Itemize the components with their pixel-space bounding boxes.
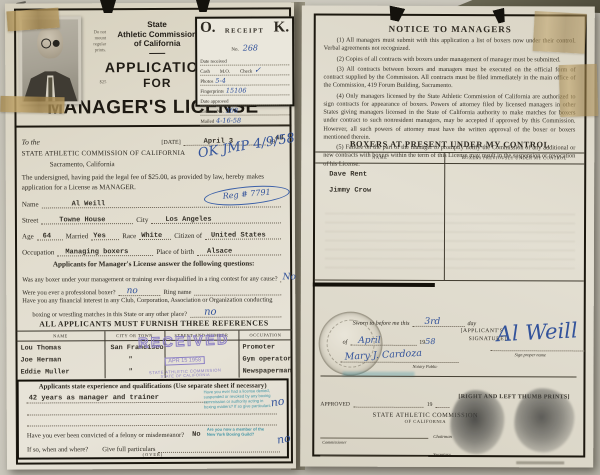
age-value: 64 <box>43 232 51 240</box>
notice-page: NOTICE TO MANAGERS (1) All managers must… <box>300 5 595 467</box>
boxer-row: Jimmy Crow <box>329 187 371 195</box>
tape-strip <box>0 96 64 113</box>
header-dash <box>149 53 165 54</box>
received-stamp-word: RECEIVED <box>128 331 241 351</box>
questions-heading: Applicants for Manager's License answer … <box>16 259 291 268</box>
receipt-field-label: Check <box>240 70 252 75</box>
form-number-smudge <box>516 461 564 464</box>
street-label: Street <box>22 216 38 224</box>
city-value: Los Angeles <box>165 216 211 224</box>
boxers-table: Name Boxers Previously Under My Control … <box>315 152 584 282</box>
approved-label: Approved <box>320 402 350 408</box>
ref-row-occupation: Promoter <box>242 343 275 351</box>
received-stamp: RECEIVED APR 15 1958 STATE ATHLETIC COMM… <box>128 331 242 380</box>
birth-value: Alsace <box>207 248 232 256</box>
sworn-line2: of April 19 58 <box>343 333 463 346</box>
age-row: Age 64 Married Yes Race White Citizen of… <box>22 226 284 240</box>
scanned-document: State Athletic Commission of California … <box>0 0 600 475</box>
felony-question-row: Have you ever been convicted of a felony… <box>27 427 227 440</box>
thick-rule <box>313 283 435 287</box>
notary-label: Notary Public <box>413 364 438 369</box>
married-label: Married <box>66 232 89 240</box>
notice-paragraph: (3) All contracts between boxers and man… <box>324 65 576 91</box>
receipt-field-label: Mailed <box>200 120 214 125</box>
boxers-heading: BOXERS AT PRESENT UNDER MY CONTROL <box>313 140 586 150</box>
receipt-no-label: No. <box>231 48 238 53</box>
married-value: Yes <box>93 232 106 240</box>
receipt-o: O. <box>200 20 215 37</box>
boxers-col1-header: Name <box>315 155 444 160</box>
receipt-check-mark: ✓ <box>254 66 261 75</box>
tape-strip <box>559 64 599 117</box>
sworn-day: 3rd <box>424 317 440 327</box>
receipt-field-label: License No. <box>200 110 223 115</box>
received-stamp-date: APR 15 1958 <box>164 356 205 366</box>
notice-paragraph: (4) Only managers licensed by the State … <box>323 92 575 142</box>
tape-strip <box>6 8 59 32</box>
references-heading: ALL APPLICANTS MUST FURNISH THREE REFERE… <box>16 318 291 328</box>
street-value: Towne House <box>59 216 105 224</box>
sign-proper-name-hint: Sign proper name <box>515 352 546 357</box>
receipt-field-label: Date approved <box>200 100 228 105</box>
chairman-label: Chairman <box>433 434 452 439</box>
question-1-text: Was any boxer under your management or t… <box>22 275 277 283</box>
question-2-text: Were you ever a professional boxer? <box>22 289 115 296</box>
ref-row-occupation: Gym operator <box>243 355 292 363</box>
receipt-field-label: Fingerprints <box>200 90 223 95</box>
sworn-month: April <box>358 336 380 346</box>
notice-paragraph: (2) Copies of all contracts with boxers … <box>324 55 576 64</box>
to-the-label: To the <box>22 137 40 146</box>
guild-stamp: Are you now a member of the New York Box… <box>207 427 273 437</box>
ring-name-label: Ring name <box>164 289 192 296</box>
sworn-day-label: day <box>467 321 476 327</box>
citizen-label: Citizen of <box>174 232 202 240</box>
portrait-image <box>22 19 78 101</box>
addressee-line1: State Athletic Commission of California <box>22 150 186 158</box>
photo-fee-note: $25 <box>84 79 106 85</box>
ref-row-name: Eddie Muller <box>21 368 70 376</box>
secretary-label: Secretary <box>433 452 450 457</box>
question-3-line2: boxing or wrestling matches in this Stat… <box>32 305 284 318</box>
age-label: Age <box>22 233 34 241</box>
date-label: [Date] <box>161 140 180 146</box>
birth-label: Place of birth <box>156 248 194 256</box>
application-page: State Athletic Commission of California … <box>5 2 296 469</box>
name-value: Al Weill <box>72 200 106 208</box>
receipt-field-label: M.O. <box>220 70 230 75</box>
approved-year-prefix: 19 <box>427 402 433 408</box>
receipt-field-value: 15106 <box>226 87 247 95</box>
sworn-year: 58 <box>425 337 435 346</box>
sworn-line1: Sworn to before me this 3rd day <box>353 314 513 328</box>
glasses-icon <box>41 38 51 48</box>
boxer-row: Dave Rent <box>329 171 367 179</box>
receipt-box: O. RECEIPT No. 268 K. Date received Cash… <box>195 16 294 106</box>
ref-row-name: Joe Herman <box>21 356 62 364</box>
felony-question: Have you ever been convicted of a felony… <box>27 432 184 440</box>
receipt-field-value: 368 <box>226 107 238 115</box>
ref-header-occupation: Occupation <box>238 332 292 337</box>
street-city-row: Street Towne House City Los Angeles <box>22 210 284 224</box>
question-3-text: boxing or wrestling matches in this Stat… <box>32 311 187 319</box>
ref-row-name: Lou Thomas <box>20 344 61 352</box>
question-2: Were you ever a professional boxer? no R… <box>22 283 284 296</box>
felony-answer: No <box>192 431 200 439</box>
boxers-col2-header: Boxers Previously Under My Control <box>444 155 584 160</box>
experience-box: Applicants state experience and qualific… <box>17 378 289 459</box>
receipt-no-value: 268 <box>243 44 258 53</box>
approved-row: Approved 19 <box>320 396 452 408</box>
receipt-field-value: 4-16-58 <box>216 117 241 125</box>
name-label: Name <box>22 200 39 208</box>
photo-instruction-line: prints. <box>84 47 106 53</box>
receipt-field-label: Date received <box>200 60 227 65</box>
occupation-value: Managing boxers <box>65 248 128 256</box>
city-label: City <box>136 216 148 224</box>
question-1: Was any boxer under your management or t… <box>22 270 284 283</box>
sworn-of: of <box>343 340 348 346</box>
question-2-answer: no <box>127 286 138 296</box>
tape-strip <box>533 11 587 54</box>
race-label: Race <box>122 232 136 240</box>
receipt-field-value: 5-4 <box>215 77 226 85</box>
citizen-value: United States <box>211 231 266 239</box>
occupation-label: Occupation <box>22 248 54 256</box>
receipt-k: K. <box>274 19 289 36</box>
license-denied-stamp: Have you ever had a license denied, susp… <box>204 389 276 410</box>
ink-bleed-through <box>325 213 575 270</box>
photo-instructions: Do not mount regular prints. $25 <box>84 29 106 85</box>
license-denied-answer: no <box>270 395 285 410</box>
addressee-line2: Sacramento, California <box>50 160 115 168</box>
ref-header-name: Name <box>16 333 104 338</box>
receipt-field-label: Cash <box>200 70 210 75</box>
ref-row-occupation: Newspaperman <box>243 367 292 375</box>
experience-entry: 42 years as manager and trainer <box>29 394 159 403</box>
over-note: (over) <box>19 451 287 457</box>
race-value: White <box>141 232 162 240</box>
question-3-line1: Have you any financial interest in any C… <box>22 296 284 304</box>
receipt-field-label: Photos <box>200 80 213 85</box>
receipt-label: RECEIPT <box>225 28 264 35</box>
commissioner-label: Commissioner <box>322 440 346 445</box>
applicant-signature: Al Weill <box>496 318 578 346</box>
sworn-text: Sworn to before me this <box>353 321 410 327</box>
occupation-row: Occupation Managing boxers Place of birt… <box>22 242 284 256</box>
question-1-answer: No <box>283 272 296 282</box>
question-3-answer: no <box>204 307 217 318</box>
